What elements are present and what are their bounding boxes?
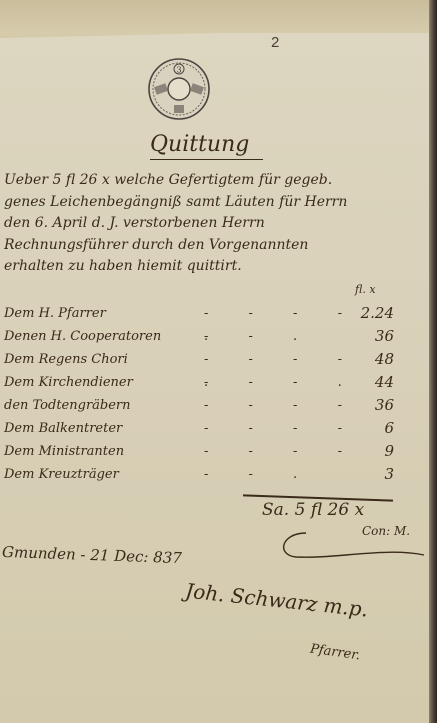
body-line: erhalten zu haben hiemit quittirt.	[4, 256, 416, 278]
item-amount: 36	[375, 394, 394, 417]
item-amount: 2.24	[361, 302, 394, 325]
item-label: Dem Kreuzträger	[4, 463, 119, 486]
body-line: Ueber 5 fl 26 x welche Gefertigtem für g…	[4, 170, 416, 192]
item-amount: 36	[375, 325, 394, 348]
item-amount: 44	[375, 371, 394, 394]
item-amount: 3	[384, 463, 394, 486]
flourish-icon	[276, 525, 426, 565]
list-item: Dem Kreuzträger - - . 3	[4, 463, 404, 486]
body-line: genes Leichenbegängniß samt Läuten für H…	[4, 192, 416, 214]
total-label: Sa.	[262, 500, 289, 520]
receipt-body: Ueber 5 fl 26 x welche Gefertigtem für g…	[4, 170, 416, 278]
item-label: Dem Kirchendiener	[4, 371, 133, 394]
total-sum: Sa. 5 fl 26 x	[262, 500, 364, 520]
list-item: Dem H. Pfarrer - - - - . 2.24	[4, 302, 404, 325]
item-label: Denen H. Cooperatoren	[4, 325, 161, 348]
stamp-value: 3	[176, 66, 181, 75]
list-item: Dem Kirchendiener - - - . 44	[4, 371, 404, 394]
page-number: 2	[271, 34, 279, 51]
item-label: Dem H. Pfarrer	[4, 302, 106, 325]
book-spine	[429, 0, 437, 723]
leader-dots: - - - -	[204, 417, 364, 440]
leader-dots: - - .	[204, 325, 364, 348]
list-item: Dem Regens Chori - - - - . 48	[4, 348, 404, 371]
leader-dots: - - - .	[204, 371, 364, 394]
leader-dots: - - - -	[204, 394, 364, 417]
document-title: Quittung	[150, 132, 263, 160]
item-label: Dem Balkentreter	[4, 417, 122, 440]
item-label: Dem Regens Chori	[4, 348, 128, 371]
leader-dots: - - .	[204, 463, 364, 486]
list-item: Dem Balkentreter - - - - 6	[4, 417, 404, 440]
body-line: Rechnungsführer durch den Vorgenannten	[4, 235, 416, 257]
payment-list: Dem H. Pfarrer - - - - . 2.24 Denen H. C…	[4, 302, 404, 486]
item-label: Dem Ministranten	[4, 440, 124, 463]
list-item: Dem Ministranten - - - - 9	[4, 440, 404, 463]
item-amount: 48	[375, 348, 394, 371]
total-value: 5 fl 26 x	[295, 500, 365, 520]
item-amount: 6	[384, 417, 394, 440]
unit-header: fl. x	[355, 283, 376, 296]
body-line: den 6. April d. J. verstorbenen Herrn	[4, 213, 416, 235]
item-amount: 9	[384, 440, 394, 463]
list-item: Denen H. Cooperatoren - - . 36	[4, 325, 404, 348]
item-label: den Todtengräbern	[4, 394, 131, 417]
leader-dots: - - - -	[204, 440, 364, 463]
list-item: den Todtengräbern - - - - 36	[4, 394, 404, 417]
tax-stamp-icon: 3	[147, 57, 211, 121]
